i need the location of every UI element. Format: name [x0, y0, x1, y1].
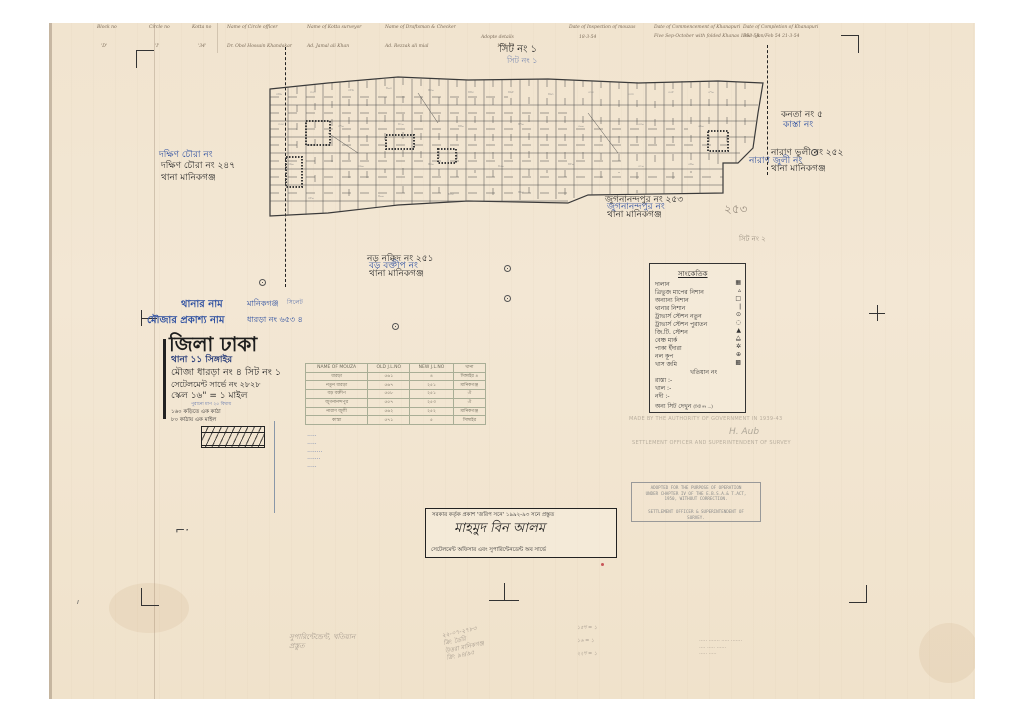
- register-mark-bottom: [504, 583, 505, 601]
- traverse-station-icon: [504, 265, 511, 272]
- stamp-line: SETTLEMENT OFFICER & SUPERINTENDENT OF: [632, 509, 760, 515]
- svg-text:৫৭০: ৫৭০: [708, 90, 714, 94]
- building-icon: ▦: [735, 279, 741, 286]
- boundary-thana: থানা মানিকগঞ্জ: [771, 165, 826, 175]
- mouza-label: মৌজার প্রকাশ্য নাম: [147, 315, 224, 326]
- table-cell: বড় বক্তীপ: [306, 390, 368, 399]
- table-cell: ২৫১: [410, 390, 454, 399]
- header-label: Name of Draftsman & Checker: [385, 25, 456, 30]
- svg-text:৪৪০: ৪৪০: [458, 124, 464, 128]
- svg-text:৪২০: ৪২০: [428, 162, 434, 166]
- traverse-station-new-icon: ⊙: [736, 311, 741, 318]
- thana-note: সিলেট: [287, 300, 303, 307]
- svg-text:৪৩০: ৪৩০: [428, 88, 434, 92]
- svg-text:৫১০: ৫১০: [638, 164, 644, 168]
- column-header: NEW J.L.NO: [410, 364, 454, 373]
- cadastral-map: ৩৪৯৩৫১৩৮৬৪০২ ৪৩০৪৪৫৪৬৮৪৯১ ৫১২৫৩৩৫৫৮৫৭০ ৩…: [268, 53, 768, 253]
- svg-text:৫৪০: ৫৪০: [688, 162, 694, 166]
- svg-text:৩৮৬: ৩৮৬: [348, 88, 354, 92]
- table-row: বড় বক্তীপ ৫৫৮ ২৫১ ঐ: [306, 390, 486, 399]
- svg-text:৪০২: ৪০২: [386, 86, 392, 90]
- table-cell: সিঙ্গাইর: [453, 416, 485, 425]
- bench-mark-icon: ⧋: [736, 335, 741, 343]
- boundary-thana: থানা মানিকগঞ্জ: [161, 174, 216, 184]
- header-label: Date of Inspection of mouzas: [569, 25, 635, 30]
- table-cell: ধারড়া: [306, 372, 368, 381]
- header-label: Circle no: [149, 25, 170, 30]
- plot-numbers: ৩৪৯৩৫১৩৮৬৪০২ ৪৩০৪৪৫৪৬৮৪৯১ ৫১২৫৩৩৫৫৮৫৭০ ৩…: [276, 86, 714, 200]
- red-dot: [601, 563, 604, 566]
- table-cell: নারাণ জুলী: [306, 407, 368, 416]
- officer-signature: মাহমুদ বিন আলম: [454, 522, 545, 536]
- table-row: ধারড়া ৫৬১ ৪ সিঙ্গাইর ৪: [306, 372, 486, 381]
- table-cell: জুগনানন্দপুর: [306, 398, 368, 407]
- scale-bar: [201, 426, 265, 448]
- triangulation-mark-icon: ▵: [738, 287, 741, 294]
- table-cell: সিঙ্গাইর ৪: [453, 372, 485, 381]
- table-header-row: NAME OF MOUZA OLD J.L.NO NEW J.L.NO থানা: [306, 364, 486, 373]
- parcel-map-svg: ৩৪৯৩৫১৩৮৬৪০২ ৪৩০৪৪৫৪৬৮৪৯১ ৫১২৫৩৩৫৫৮৫৭০ ৩…: [268, 53, 768, 253]
- svg-text:৪৬৮: ৪৬৮: [508, 90, 514, 94]
- pencil-text: ১৫শ = ১: [577, 625, 597, 631]
- traverse-station-old-icon: ◌: [736, 319, 741, 326]
- header-value: Dec - Jan/Feb 54 21-3-54: [743, 34, 799, 39]
- boundary-name-blue: কাস্তা নং: [783, 121, 813, 131]
- header-value: 18-3-54: [579, 35, 596, 40]
- stain: [919, 623, 975, 683]
- svg-text:৫১২: ৫১২: [588, 90, 594, 94]
- boundary-name-blue: দক্ষিণ চৌরা নং: [159, 151, 213, 161]
- header-label: Date of Commencement of Khanapuri: [654, 25, 740, 30]
- register-mark-top-left: [136, 50, 154, 68]
- header-label: Adopte details: [481, 35, 514, 40]
- table-cell: ৫৭১: [368, 416, 410, 425]
- legend-value: (সিট নং ...): [693, 404, 713, 409]
- register-mark-bottom: [489, 600, 519, 601]
- gt-station-icon: ▲: [736, 327, 741, 334]
- pencil-note-bottom-right: ১৫শ = ১১৬ = ১২২শ = ১: [577, 625, 597, 658]
- header-label: Block no: [97, 25, 117, 30]
- svg-text:৫৩৩: ৫৩৩: [628, 92, 634, 96]
- table-cell: ২৫১: [410, 381, 454, 390]
- column-header: থানা: [453, 364, 485, 373]
- pencil-mark: ⌐·: [175, 523, 189, 539]
- boundary-thana: থানা মানিকগঞ্জ: [369, 270, 424, 280]
- scale-note: পুরানো মাপ ২৫ বিঘায়: [191, 403, 231, 408]
- table-cell: ঐ: [453, 390, 485, 399]
- table-cell: ৪: [410, 372, 454, 381]
- table-row: নতুন ধারড়া ৫৬৭ ২৫১ মানিকগঞ্জ: [306, 381, 486, 390]
- tubewell-icon: ⊕: [736, 351, 741, 358]
- mouza-line: মৌজা ধারড়া নং ৪ সিট নং ১: [171, 368, 281, 378]
- register-mark-right: [877, 305, 878, 321]
- svg-text:৩৬০: ৩৬০: [288, 162, 294, 166]
- map-sheet: Block no 'D' Circle no 'I' Kotta no '34'…: [49, 23, 975, 699]
- header-value: '34': [198, 44, 206, 49]
- well-icon: ✲: [736, 343, 741, 350]
- header-value: 'D': [101, 44, 107, 49]
- legend-footer: অন্য সিট দেখুন (সিট নং ...): [655, 401, 743, 412]
- svg-text:৫০০: ৫০০: [578, 124, 584, 128]
- handwritten-note: ······························: [307, 433, 322, 472]
- table-cell: মানিকগঞ্জ: [453, 407, 485, 416]
- table-cell: ৫৫৭: [368, 398, 410, 407]
- table-row: নারাণ জুলী ৫৬২ ২৫২ মানিকগঞ্জ: [306, 407, 486, 416]
- header-value: 'I': [155, 44, 159, 49]
- legend-label: অন্য সিট দেখুন: [655, 403, 691, 410]
- thana-line: থানা ১১ সিঙ্গাইর: [171, 356, 232, 366]
- table-cell: ২৫৩: [410, 398, 454, 407]
- pencil-note-bottom-mid: ২২-০৭-২৭৮৩ক্রি: তৈরিউত্তরা মানিকগঞ্জক্রি…: [441, 624, 486, 663]
- thana-value: মানিকগঞ্জ: [247, 300, 279, 309]
- header-label: Date of Completion of Khanapuri: [743, 25, 818, 30]
- table-cell: ৫: [410, 416, 454, 425]
- stamp-line: SURVEY.: [632, 515, 760, 521]
- district-title: জিলা ঢাকা: [169, 333, 257, 355]
- adjoining-mouza-table: NAME OF MOUZA OLD J.L.NO NEW J.L.NO থানা…: [305, 363, 486, 425]
- table-cell: ঐ: [453, 398, 485, 407]
- svg-text:৩৪৯: ৩৪৯: [276, 92, 282, 96]
- thana-label: থানার নাম: [181, 299, 223, 310]
- table-row: জুগনানন্দপুর ৫৫৭ ২৫৩ ঐ: [306, 398, 486, 407]
- header-value: Ad. Jamal ali Khan: [307, 44, 349, 49]
- svg-text:৪৬৫: ৪৬৫: [518, 190, 524, 194]
- boundary-name: দক্ষিণ চৌরা নং ২৪৭: [161, 162, 235, 172]
- table-row: কাস্তা ৫৭১ ৫ সিঙ্গাইর: [306, 416, 486, 425]
- unit-line: ১৬০ কড়িতে এক কাঠা: [171, 409, 221, 415]
- table-cell: ৫৬১: [368, 372, 410, 381]
- officer-note: SETTLEMENT OFFICER AND SUPERINTENDENT OF…: [632, 441, 791, 447]
- table-cell: ২৫২: [410, 407, 454, 416]
- svg-text:৪৯১: ৪৯১: [548, 92, 554, 96]
- other-mark-icon: □: [735, 295, 741, 302]
- svg-text:৩৮০: ৩৮০: [308, 196, 314, 200]
- header-value: Ad. Rezzak ali mial: [385, 44, 428, 49]
- unit-line: ৮০ কাঠায় এক মাইল: [171, 417, 216, 423]
- header-label: Name of Kotta surveyor: [307, 25, 361, 30]
- stamp-line: 1950, WITHOUT CORRECTION.: [632, 496, 760, 502]
- legend-box: সাংকেতিক দালান▦ ত্রিভুজ মাপের নিশান▵ অন্…: [649, 263, 746, 413]
- svg-text:৪৫০: ৪৫০: [498, 164, 504, 168]
- svg-text:৪০০: ৪০০: [378, 194, 384, 198]
- register-mark-top-right: [841, 35, 859, 53]
- adoption-stamp: ADOPTED FOR THE PURPOSE OF OPERATION UND…: [631, 482, 761, 522]
- table-cell: কাস্তা: [306, 416, 368, 425]
- register-mark-bottom-right: [849, 585, 867, 603]
- header-label: Kotta no: [192, 25, 211, 30]
- pencil-text: প্রস্তুত: [289, 642, 305, 650]
- government-stamp: সরকার কর্তৃক প্রকাশ 'জরিপ সনে' ১৯৯২-৯৩ স…: [425, 508, 617, 558]
- government-authority-note: MADE BY THE AUTHORITY OF GOVERNMENT IN 1…: [629, 417, 782, 423]
- register-mark-bottom-left: [141, 588, 159, 606]
- stamp-line: ADOPTED FOR THE PURPOSE OF OPERATION: [632, 485, 760, 491]
- svg-text:৩৯০: ৩৯০: [358, 164, 364, 168]
- thana-mark-icon: ǀ: [739, 303, 741, 310]
- stamp-line: সেটেলমেন্ট অফিসার এবং সুপারিন্টেনডেন্ট অ…: [431, 547, 546, 553]
- stamp-line: সরকার কর্তৃক প্রকাশ 'জরিপ সনে' ১৯৯২-৯৩ স…: [432, 512, 554, 518]
- pencil-note-bottom-far-right: ····· ······· ····· ··········· ····· ··…: [699, 638, 742, 658]
- svg-text:৩৭০: ৩৭০: [338, 124, 344, 128]
- traverse-station-icon: [259, 279, 266, 286]
- svg-text:৪৩৫: ৪৩৫: [448, 192, 454, 196]
- header-label: Name of Circle officer: [227, 25, 278, 30]
- traverse-station-icon: [504, 295, 511, 302]
- paper-edge: [49, 23, 52, 699]
- pencil-note-bottom-left: সুপারিন্টেন্ডেন্ট, খতিয়ানপ্রস্তুত: [289, 633, 355, 651]
- table-cell: মানিকগঞ্জ: [453, 381, 485, 390]
- boundary-thana: থানা মানিকগঞ্জ: [607, 211, 662, 221]
- svg-text:৫৫৮: ৫৫৮: [668, 90, 674, 94]
- mouza-value: ধারড়া নং ৬৫৩ ৪: [247, 316, 303, 325]
- signature: H. Aub: [729, 427, 759, 439]
- svg-text:৪৮০: ৪৮০: [568, 162, 574, 166]
- table-cell: নতুন ধারড়া: [306, 381, 368, 390]
- table-cell: ৫৬৭: [368, 381, 410, 390]
- svg-text:৩৫৫: ৩৫৫: [278, 122, 284, 126]
- settlement-line: সেটেলমেন্ট সার্ভে নং ২৮২৮: [171, 381, 260, 390]
- table-cell: ৫৬২: [368, 407, 410, 416]
- svg-text:৫৬০: ৫৬০: [698, 124, 704, 128]
- pencil-mark: ı: [77, 598, 79, 607]
- svg-text:৪৭০: ৪৭০: [518, 122, 524, 126]
- pencil-text: ২২শ = ১: [577, 651, 597, 657]
- svg-text:৪৪৫: ৪৪৫: [468, 90, 474, 94]
- parcel-grid: [270, 78, 758, 215]
- scale-line: স্কেল ১৬" = ১ মাইল: [171, 392, 248, 402]
- svg-text:৪১০: ৪১০: [398, 122, 404, 126]
- pencil-text: সুপারিন্টেন্ডেন্ট, খতিয়ান: [289, 633, 355, 641]
- title-bracket: [163, 339, 166, 419]
- khas-land-icon: ▩: [735, 359, 741, 366]
- column-header: NAME OF MOUZA: [306, 364, 368, 373]
- header-divider: [217, 23, 218, 53]
- svg-text:৫৩০: ৫৩০: [638, 122, 644, 126]
- header-value: Dr. Obol Hossain Khandakar: [227, 44, 292, 49]
- column-header: OLD J.L.NO: [368, 364, 410, 373]
- pencil-text: ১৬ = ১: [577, 638, 594, 644]
- scale-axis-line: [274, 421, 275, 513]
- table-cell: ৫৫৮: [368, 390, 410, 399]
- legend-label: খাস জমি: [655, 361, 677, 368]
- svg-text:৩৫১: ৩৫১: [310, 90, 316, 94]
